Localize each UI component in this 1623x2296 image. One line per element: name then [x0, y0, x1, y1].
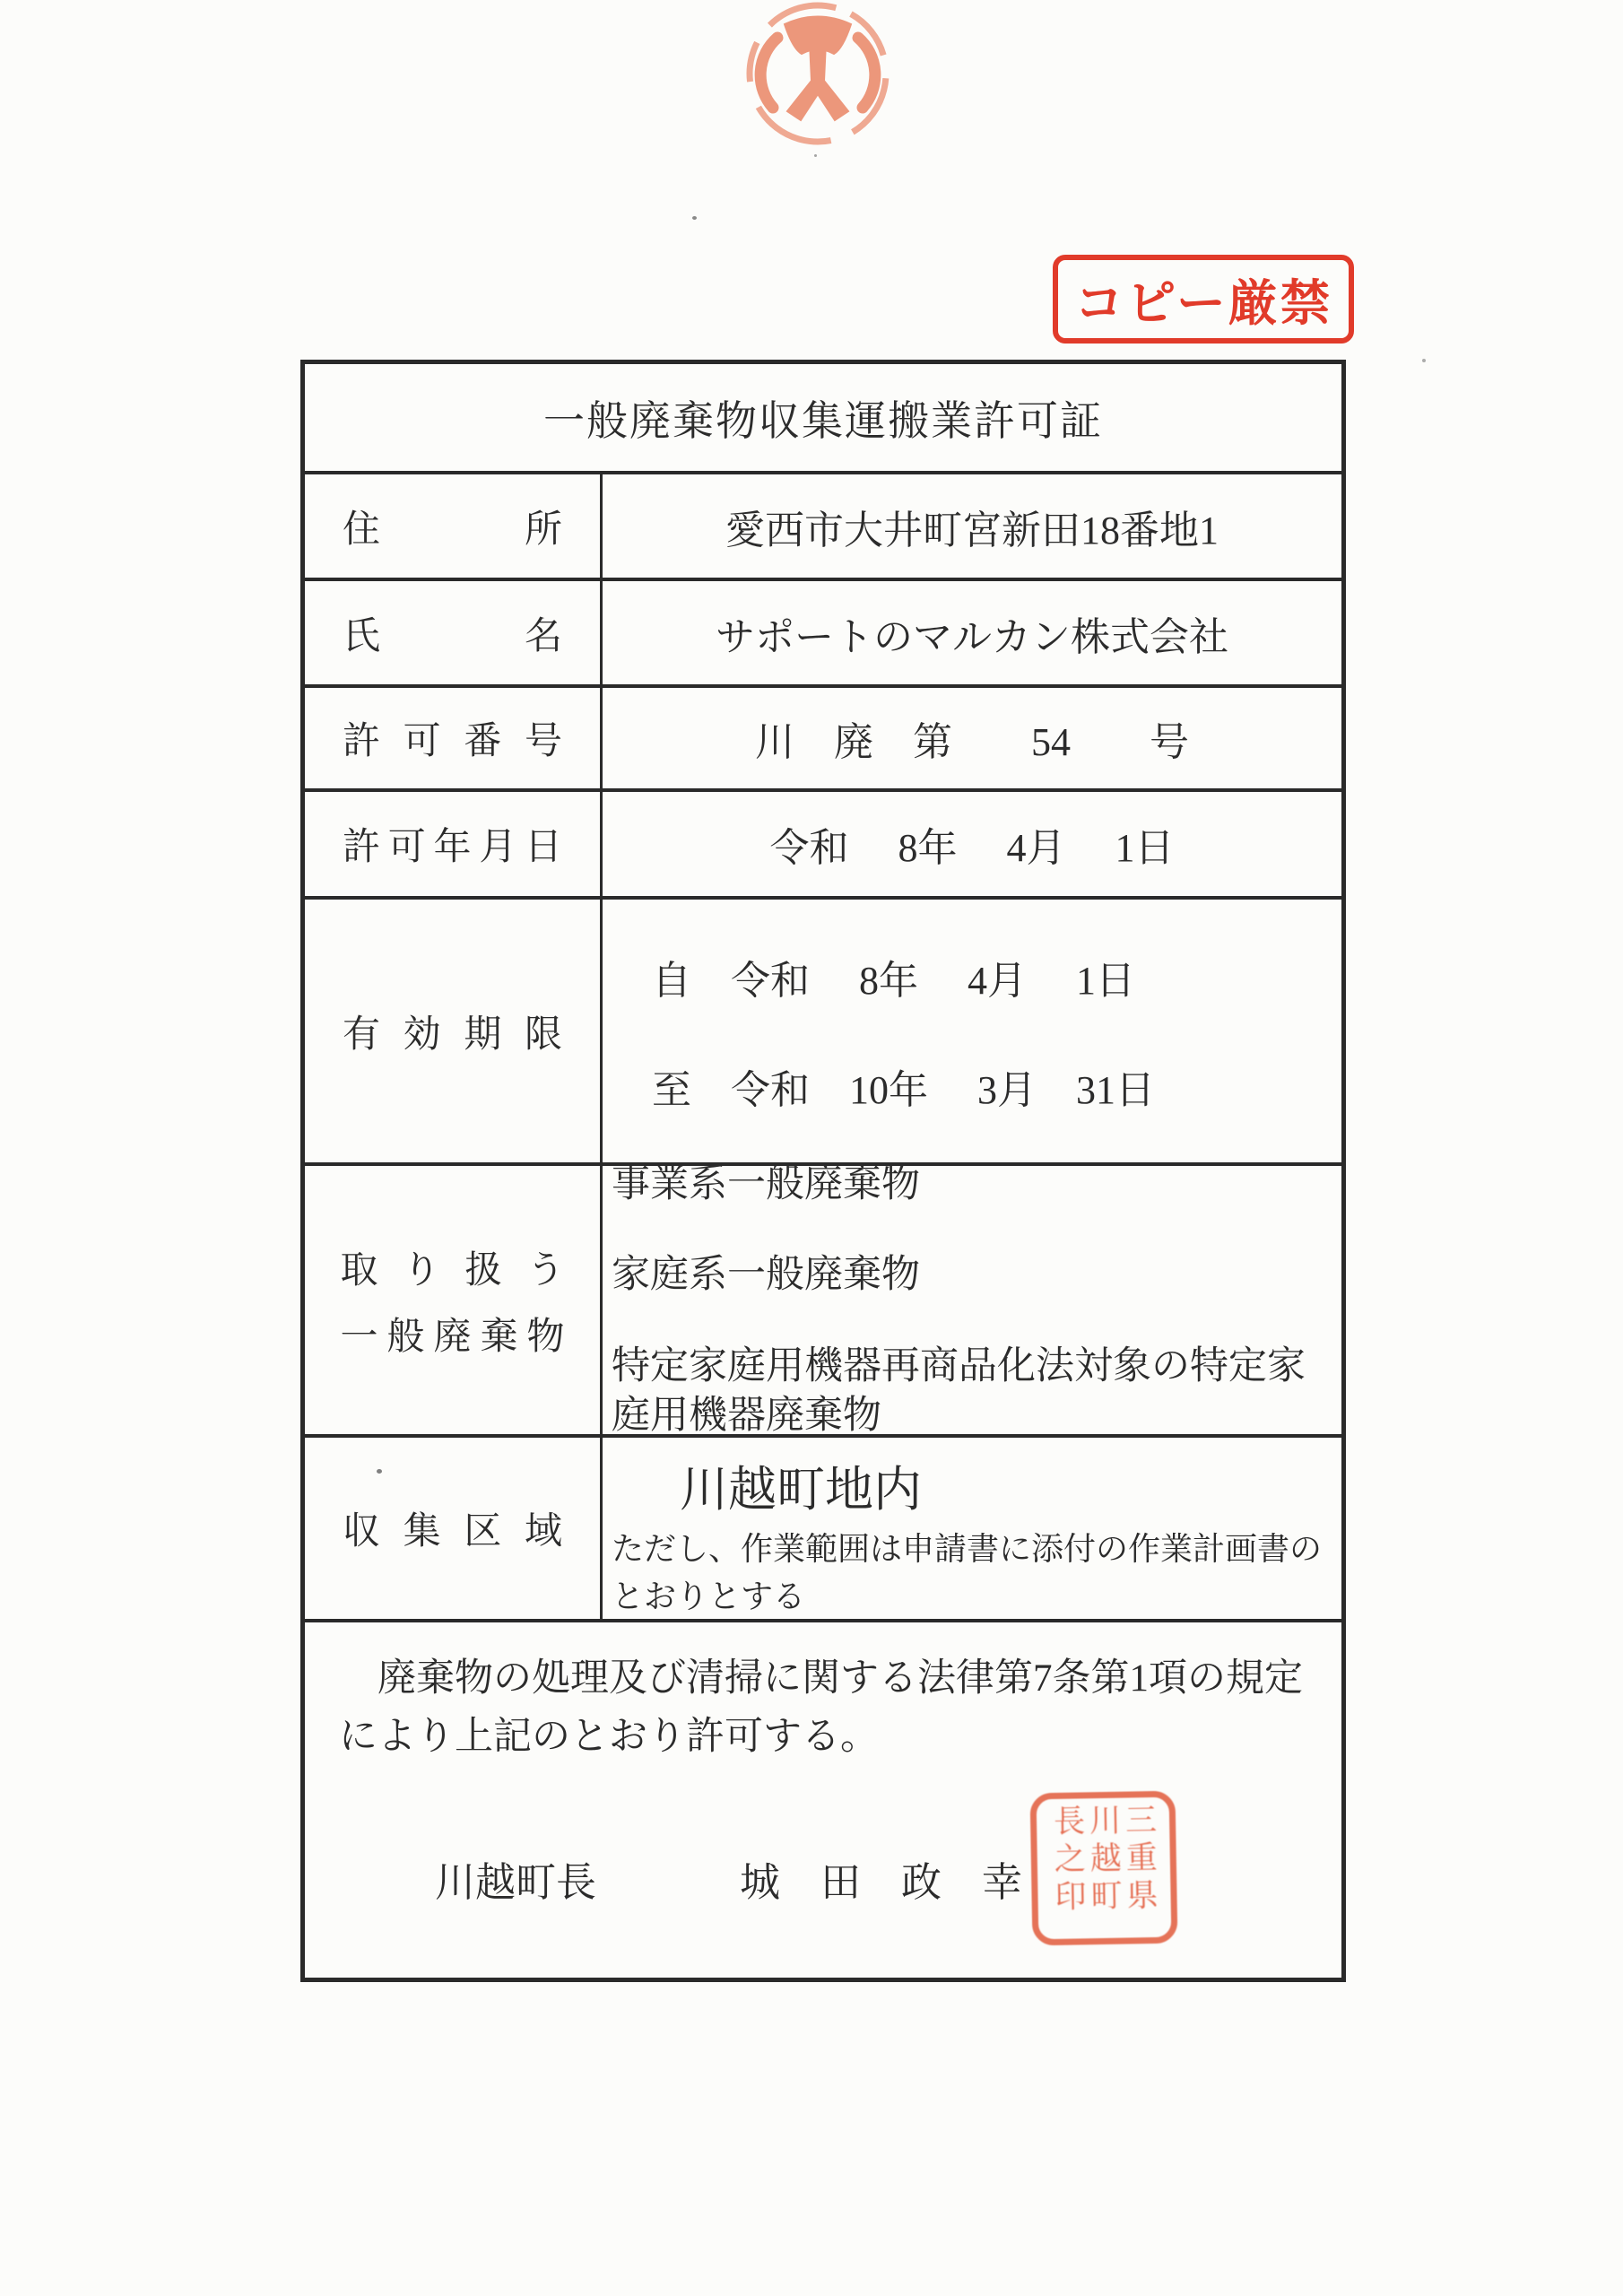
waste-types-label-line2: 一般廃棄物 [341, 1307, 565, 1361]
seal-column: 川越町 [1087, 1804, 1121, 1939]
validity-to: 至 令和 10年 3月 31日 [652, 1057, 1155, 1115]
permit-date-label: 許可年月日 [305, 792, 603, 896]
footer-row: 廃棄物の処理及び清掃に関する法律第7条第1項の規定により上記のとおり許可する。 … [305, 1619, 1341, 1978]
waste-types-label-line1: 取り扱う [341, 1240, 565, 1294]
title-row: 一般廃棄物収集運搬業許可証 [305, 364, 1341, 471]
signature-line: 川越町長 城 田 政 幸 [305, 1849, 1341, 1908]
waste-types-value: 事業系一般廃棄物 家庭系一般廃棄物 特定家庭用機器再商品化法対象の特定家庭用機器… [603, 1166, 1341, 1434]
copy-forbidden-stamp: コピー厳禁 [1053, 255, 1354, 344]
validity-label-text: 有効期限 [343, 1004, 562, 1058]
collection-area-name: 川越町地内 [612, 1451, 1324, 1520]
address-row: 住所 愛西市大井町宮新田18番地1 [305, 471, 1341, 578]
town-emblem-seal-icon [728, 2, 907, 150]
permit-table: 一般廃棄物収集運搬業許可証 住所 愛西市大井町宮新田18番地1 氏名 サポートの… [300, 360, 1346, 1982]
permit-date-label-text: 許可年月日 [343, 817, 562, 871]
waste-type-item: 特定家庭用機器再商品化法対象の特定家庭用機器廃棄物 [612, 1342, 1320, 1440]
waste-type-item: 家庭系一般廃棄物 [612, 1250, 1320, 1300]
waste-types-label: 取り扱う 一般廃棄物 [305, 1166, 603, 1434]
validity-row: 有効期限 自 令和 8年 4月 1日 至 令和 10年 3月 31日 [305, 896, 1341, 1162]
collection-area-value: 川越町地内 ただし、作業範囲は申請書に添付の作業計画書のとおりとする [603, 1438, 1341, 1619]
document-title: 一般廃棄物収集運搬業許可証 [305, 364, 1341, 471]
collection-area-label: 収集区域 [305, 1438, 603, 1619]
collection-area-row: 収集区域 川越町地内 ただし、作業範囲は申請書に添付の作業計画書のとおりとする [305, 1434, 1341, 1619]
issuer-name: 城 田 政 幸 [740, 1849, 1022, 1908]
name-label-text: 氏名 [343, 606, 562, 660]
collection-area-note: ただし、作業範囲は申請書に添付の作業計画書のとおりとする [612, 1526, 1324, 1619]
permit-number-label-text: 許可番号 [343, 711, 562, 765]
scan-speck [377, 1469, 382, 1474]
permit-date-value: 令和 8年 4月 1日 [603, 792, 1341, 896]
waste-type-item: 事業系一般廃棄物 [612, 1160, 1320, 1209]
collection-area-label-text: 収集区域 [343, 1501, 562, 1555]
seal-column: 長之印 [1051, 1804, 1085, 1939]
waste-types-row: 取り扱う 一般廃棄物 事業系一般廃棄物 家庭系一般廃棄物 特定家庭用機器再商品化… [305, 1162, 1341, 1434]
scan-speck [814, 154, 817, 157]
name-label: 氏名 [305, 581, 603, 684]
address-value: 愛西市大井町宮新田18番地1 [603, 474, 1341, 578]
validity-label: 有効期限 [305, 900, 603, 1162]
name-value: サポートのマルカン株式会社 [603, 581, 1341, 684]
permit-number-value: 川 廃 第 54 号 [603, 688, 1341, 788]
validity-value: 自 令和 8年 4月 1日 至 令和 10年 3月 31日 [603, 900, 1341, 1162]
seal-column: 三重県 [1123, 1803, 1157, 1938]
permit-date-row: 許可年月日 令和 8年 4月 1日 [305, 788, 1341, 896]
legal-text: 廃棄物の処理及び清掃に関する法律第7条第1項の規定により上記のとおり許可する。 [305, 1622, 1341, 1767]
scan-speck [1422, 359, 1426, 362]
permit-number-label: 許可番号 [305, 688, 603, 788]
address-label-text: 住所 [343, 500, 562, 553]
scan-speck [692, 216, 697, 220]
address-label: 住所 [305, 474, 603, 578]
validity-from: 自 令和 8年 4月 1日 [652, 948, 1155, 1005]
permit-number-row: 許可番号 川 廃 第 54 号 [305, 684, 1341, 788]
name-row: 氏名 サポートのマルカン株式会社 [305, 578, 1341, 684]
issuer-title: 川越町長 [435, 1849, 596, 1908]
mayor-official-seal: 三重県 川越町 長之印 [1030, 1791, 1178, 1946]
